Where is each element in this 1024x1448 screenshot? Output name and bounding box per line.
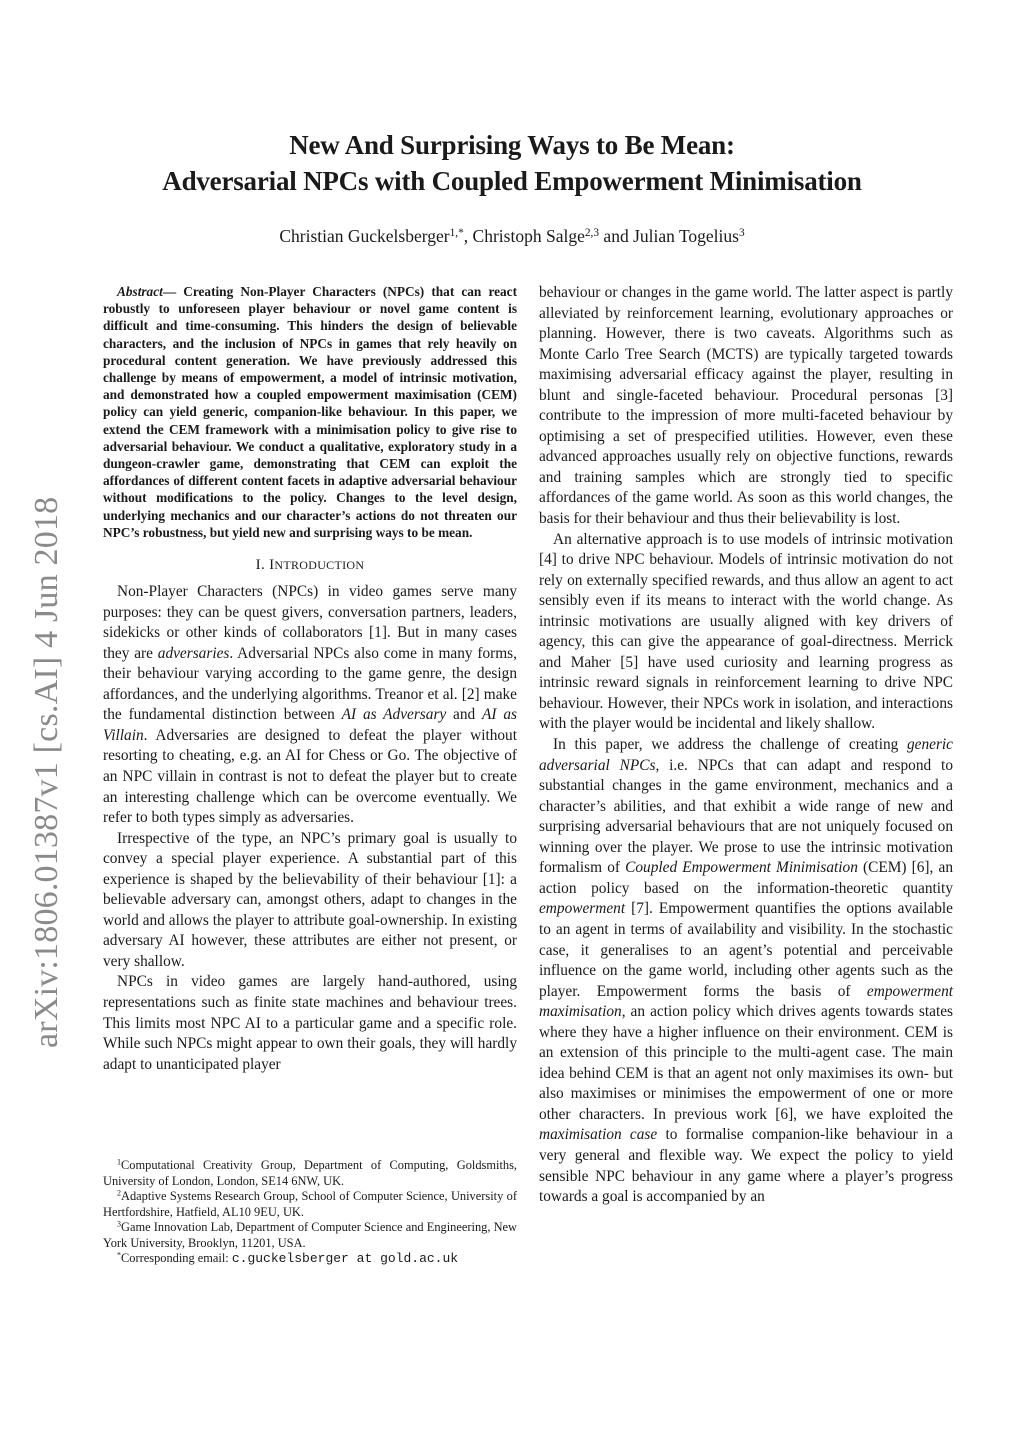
- abstract-dash: —: [163, 284, 183, 299]
- text-run: , an action policy which drives agents t…: [539, 1003, 953, 1123]
- emphasis: adversaries: [158, 645, 230, 662]
- left-column: Abstract— Creating Non-Player Characters…: [103, 283, 517, 1075]
- abstract-label: Abstract: [117, 284, 163, 299]
- emphasis: Coupled Empowerment Minimisation: [625, 859, 858, 876]
- intro-paragraph-5: In this paper, we address the challenge …: [539, 735, 953, 1208]
- author-affiliation-mark: 3: [739, 227, 745, 239]
- section-numeral: I.: [256, 557, 269, 573]
- author-separator: and: [599, 226, 633, 246]
- author-affiliation-mark: 2,3: [585, 227, 599, 239]
- intro-paragraph-1: Non-Player Characters (NPCs) in video ga…: [103, 582, 517, 829]
- intro-paragraph-4: An alternative approach is to use models…: [539, 530, 953, 735]
- footnote-text: Computational Creativity Group, Departme…: [103, 1158, 517, 1188]
- footnote-text: Game Innovation Lab, Department of Compu…: [103, 1220, 517, 1250]
- emphasis: maximisation case: [539, 1126, 657, 1143]
- footnote: *Corresponding email: c.guckelsberger at…: [103, 1251, 517, 1267]
- footnote-text: Adaptive Systems Research Group, School …: [103, 1189, 517, 1219]
- footnote: 3Game Innovation Lab, Department of Comp…: [103, 1220, 517, 1251]
- author-separator: ,: [464, 226, 473, 246]
- title-line-1: New And Surprising Ways to Be Mean:: [0, 127, 1024, 163]
- abstract: Abstract— Creating Non-Player Characters…: [103, 283, 517, 541]
- arxiv-stamp: arXiv:1806.01387v1 [cs.AI] 4 Jun 2018: [26, 268, 68, 1048]
- author-list: Christian Guckelsberger1,*, Christoph Sa…: [0, 224, 1024, 248]
- text-run: . Adversaries are designed to defeat the…: [103, 727, 517, 826]
- emphasis: AI as Adversary: [342, 706, 447, 723]
- author-name: Julian Togelius: [633, 226, 739, 246]
- author-affiliation-mark: 1,*: [450, 227, 464, 239]
- section-heading-introduction: I. INTRODUCTION: [103, 555, 517, 575]
- right-column: behaviour or changes in the game world. …: [539, 283, 953, 1208]
- footnote-text: Corresponding email:: [121, 1251, 232, 1265]
- emphasis: empowerment: [539, 900, 625, 917]
- intro-paragraph-3: NPCs in video games are largely hand-aut…: [103, 972, 517, 1075]
- footnote: 2Adaptive Systems Research Group, School…: [103, 1189, 517, 1220]
- abstract-text: Creating Non-Player Characters (NPCs) th…: [103, 284, 517, 540]
- intro-paragraph-3-continued: behaviour or changes in the game world. …: [539, 283, 953, 530]
- footnote: 1Computational Creativity Group, Departm…: [103, 1158, 517, 1189]
- intro-paragraph-2: Irrespective of the type, an NPC’s prima…: [103, 829, 517, 973]
- title-line-2: Adversarial NPCs with Coupled Empowermen…: [0, 163, 1024, 199]
- section-title-rest: NTRODUCTION: [274, 558, 364, 572]
- corresponding-email: c.guckelsberger at gold.ac.uk: [232, 1251, 458, 1266]
- text-run: In this paper, we address the challenge …: [553, 736, 907, 753]
- author-name: Christian Guckelsberger: [279, 226, 449, 246]
- footnotes: 1Computational Creativity Group, Departm…: [103, 1158, 517, 1267]
- text-run: and: [446, 706, 482, 723]
- paper-title: New And Surprising Ways to Be Mean: Adve…: [0, 127, 1024, 199]
- author-name: Christoph Salge: [473, 226, 585, 246]
